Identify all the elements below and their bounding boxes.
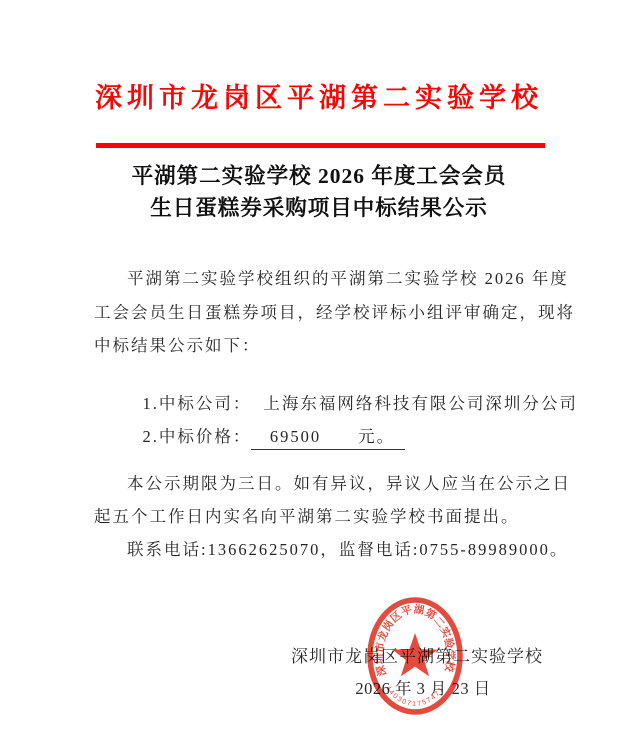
paragraph-2-line-2: 起五个工作日内实名向平湖第二实验学校书面提出。 (94, 508, 564, 526)
letterhead-divider (96, 143, 545, 148)
document-title-line-2: 生日蛋糕券采购项目中标结果公示 (64, 191, 574, 222)
seal-star-icon (392, 633, 438, 676)
official-seal-stamp: 深圳市龙岗区平湖第二实验学校 4403071757471 (345, 577, 485, 737)
paragraph-1-line-2: 工会会员生日蛋糕券项目，经学校评标小组评审确定，现将 (94, 304, 564, 322)
letterhead-school-name: 深圳市龙岗区平湖第二实验学校 (64, 76, 574, 115)
paragraph-2-line-1: 本公示期限为三日。如有异议，异议人应当在公示之日 (94, 475, 597, 493)
bid-price-row: 2.中标价格： 69500 元。 (94, 410, 588, 468)
paragraph-1-line-1: 平湖第二实验学校组织的平湖第二实验学校 2026 年度 (94, 270, 597, 288)
bid-price-label: 2.中标价格： (143, 427, 252, 446)
document-page: 深圳市龙岗区平湖第二实验学校 平湖第二实验学校 2026 年度工会会员 生日蛋糕… (0, 0, 631, 741)
paragraph-1-line-3: 中标结果公示如下： (94, 337, 564, 355)
contact-phone-line: 联系电话:13662625070，监督电话:0755-89989000。 (94, 541, 597, 559)
bid-price-value: 69500 元。 (251, 428, 405, 450)
document-title-line-1: 平湖第二实验学校 2026 年度工会会员 (64, 159, 574, 190)
